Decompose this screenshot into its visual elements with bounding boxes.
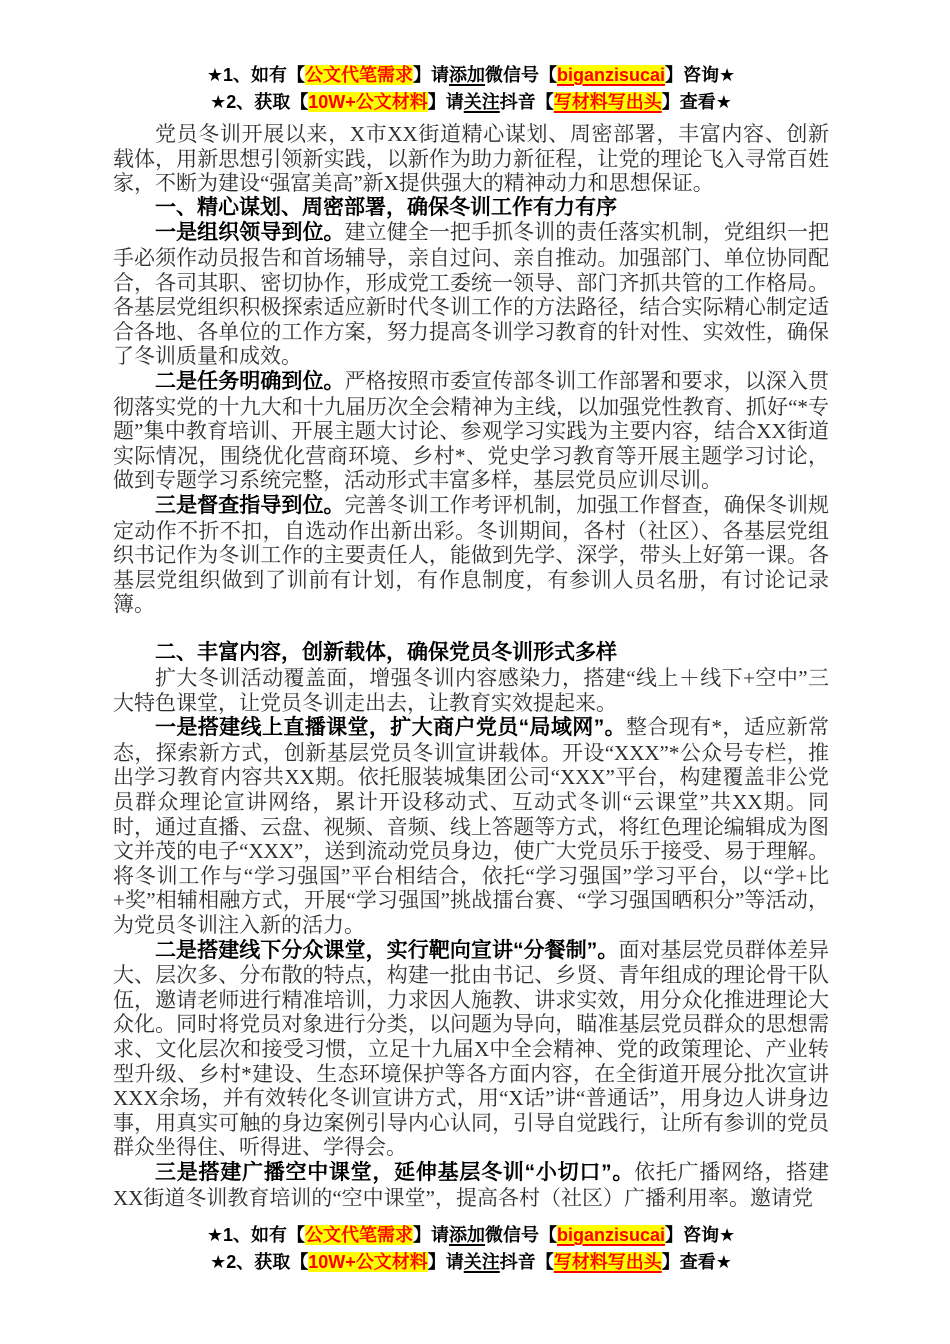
paragraph-lead: 三是督查指导到位。 <box>155 494 345 517</box>
highlighted-keyword: 写材料写出头 <box>554 92 662 112</box>
paragraph-lead: 三是搭建广播空中课堂，延伸基层冬训“小切口”。 <box>155 1161 634 1184</box>
banner-text: 】咨询★ <box>665 1225 735 1245</box>
paragraph-lead: 一是组织领导到位。 <box>155 221 345 244</box>
paragraph: 一是组织领导到位。建立健全一把手抓冬训的责任落实机制，党组织一把手必须作动员报告… <box>113 220 829 369</box>
highlighted-keyword: 10W+公文材料 <box>308 1252 428 1272</box>
banner-text: ★2、获取【 <box>210 92 308 112</box>
banner-text: 微信号【 <box>485 65 557 85</box>
highlighted-keyword: 写材料写出头 <box>554 1252 662 1272</box>
underlined-keyword: 关注 <box>464 1252 500 1272</box>
underlined-keyword: 添加 <box>449 65 485 85</box>
paragraph: 三是搭建广播空中课堂，延伸基层冬训“小切口”。依托广播网络，搭建XX街道冬训教育… <box>113 1160 829 1210</box>
paragraph: 二是搭建线下分众课堂，实行靶向宣讲“分餐制”。面对基层党员群体差异大、层次多、分… <box>113 938 829 1160</box>
paragraph-text: 扩大冬训活动覆盖面，增强冬训内容感染力，搭建“线上＋线下+空中”三大特色课堂，让… <box>113 666 829 715</box>
paragraph-lead: 二是任务明确到位。 <box>155 370 345 393</box>
document-page: ★1、如有【公文代笔需求】请添加微信号【biganzisucai】咨询★★2、获… <box>0 0 950 1344</box>
banner-text: 】查看★ <box>662 92 732 112</box>
promo-line: ★2、获取【10W+公文材料】请关注抖音【写材料写出头】查看★ <box>113 89 829 116</box>
underlined-keyword: 关注 <box>464 92 500 112</box>
banner-text: 】请 <box>428 1252 464 1272</box>
banner-text: 】请 <box>413 1225 449 1245</box>
banner-text: 微信号【 <box>485 1225 557 1245</box>
highlighted-keyword: 公文代笔需求 <box>305 1225 413 1245</box>
banner-text: 】请 <box>413 65 449 85</box>
banner-text: 抖音【 <box>500 1252 554 1272</box>
highlighted-keyword: 公文代笔需求 <box>305 65 413 85</box>
paragraph-text: 党员冬训开展以来，X市XX街道精心谋划、周密部署，丰富内容、创新载体，用新思想引… <box>113 122 829 195</box>
underlined-keyword: 添加 <box>449 1225 485 1245</box>
highlighted-keyword: 10W+公文材料 <box>308 92 428 112</box>
promo-banner-top: ★1、如有【公文代笔需求】请添加微信号【biganzisucai】咨询★★2、获… <box>113 62 829 116</box>
section-heading: 一、精心谋划、周密部署，确保冬训工作有力有序 <box>113 196 829 221</box>
banner-text: ★1、如有【 <box>207 65 305 85</box>
banner-text: ★2、获取【 <box>210 1252 308 1272</box>
document-body: 党员冬训开展以来，X市XX街道精心谋划、周密部署，丰富内容、创新载体，用新思想引… <box>113 122 829 1210</box>
highlighted-keyword: biganzisucai <box>557 1225 665 1245</box>
promo-line: ★1、如有【公文代笔需求】请添加微信号【biganzisucai】咨询★ <box>113 62 829 89</box>
paragraph-text: 面对基层党员群体差异大、层次多、分布散的特点，构建一批由书记、乡贤、青年组成的理… <box>113 938 829 1160</box>
banner-text: 】查看★ <box>662 1252 732 1272</box>
paragraph: 二是任务明确到位。严格按照市委宣传部冬训工作部署和要求，以深入贯彻落实党的十九大… <box>113 369 829 493</box>
paragraph: 党员冬训开展以来，X市XX街道精心谋划、周密部署，丰富内容、创新载体，用新思想引… <box>113 122 829 196</box>
paragraph-text: 整合现有*，适应新常态，探索新方式，创新基层党员冬训宣讲载体。开设“XXX”*公… <box>113 715 829 937</box>
section-heading: 二、丰富内容，创新载体，确保党员冬训形式多样 <box>113 641 829 666</box>
paragraph-lead: 二是搭建线下分众课堂，实行靶向宣讲“分餐制”。 <box>155 939 618 962</box>
banner-text: ★1、如有【 <box>207 1225 305 1245</box>
paragraph: 三是督查指导到位。完善冬训工作考评机制，加强工作督查，确保冬训规定动作不折不扣，… <box>113 493 829 617</box>
blank-line <box>113 617 829 642</box>
banner-text: 抖音【 <box>500 92 554 112</box>
promo-banner-bottom: ★1、如有【公文代笔需求】请添加微信号【biganzisucai】咨询★★2、获… <box>113 1222 829 1276</box>
banner-text: 】咨询★ <box>665 65 735 85</box>
paragraph: 一是搭建线上直播课堂，扩大商户党员“局域网”。整合现有*，适应新常态，探索新方式… <box>113 715 829 937</box>
paragraph: 扩大冬训活动覆盖面，增强冬训内容感染力，搭建“线上＋线下+空中”三大特色课堂，让… <box>113 666 829 715</box>
promo-line: ★2、获取【10W+公文材料】请关注抖音【写材料写出头】查看★ <box>113 1249 829 1276</box>
highlighted-keyword: biganzisucai <box>557 65 665 85</box>
banner-text: 】请 <box>428 92 464 112</box>
promo-line: ★1、如有【公文代笔需求】请添加微信号【biganzisucai】咨询★ <box>113 1222 829 1249</box>
paragraph-lead: 一是搭建线上直播课堂，扩大商户党员“局域网”。 <box>155 716 626 739</box>
